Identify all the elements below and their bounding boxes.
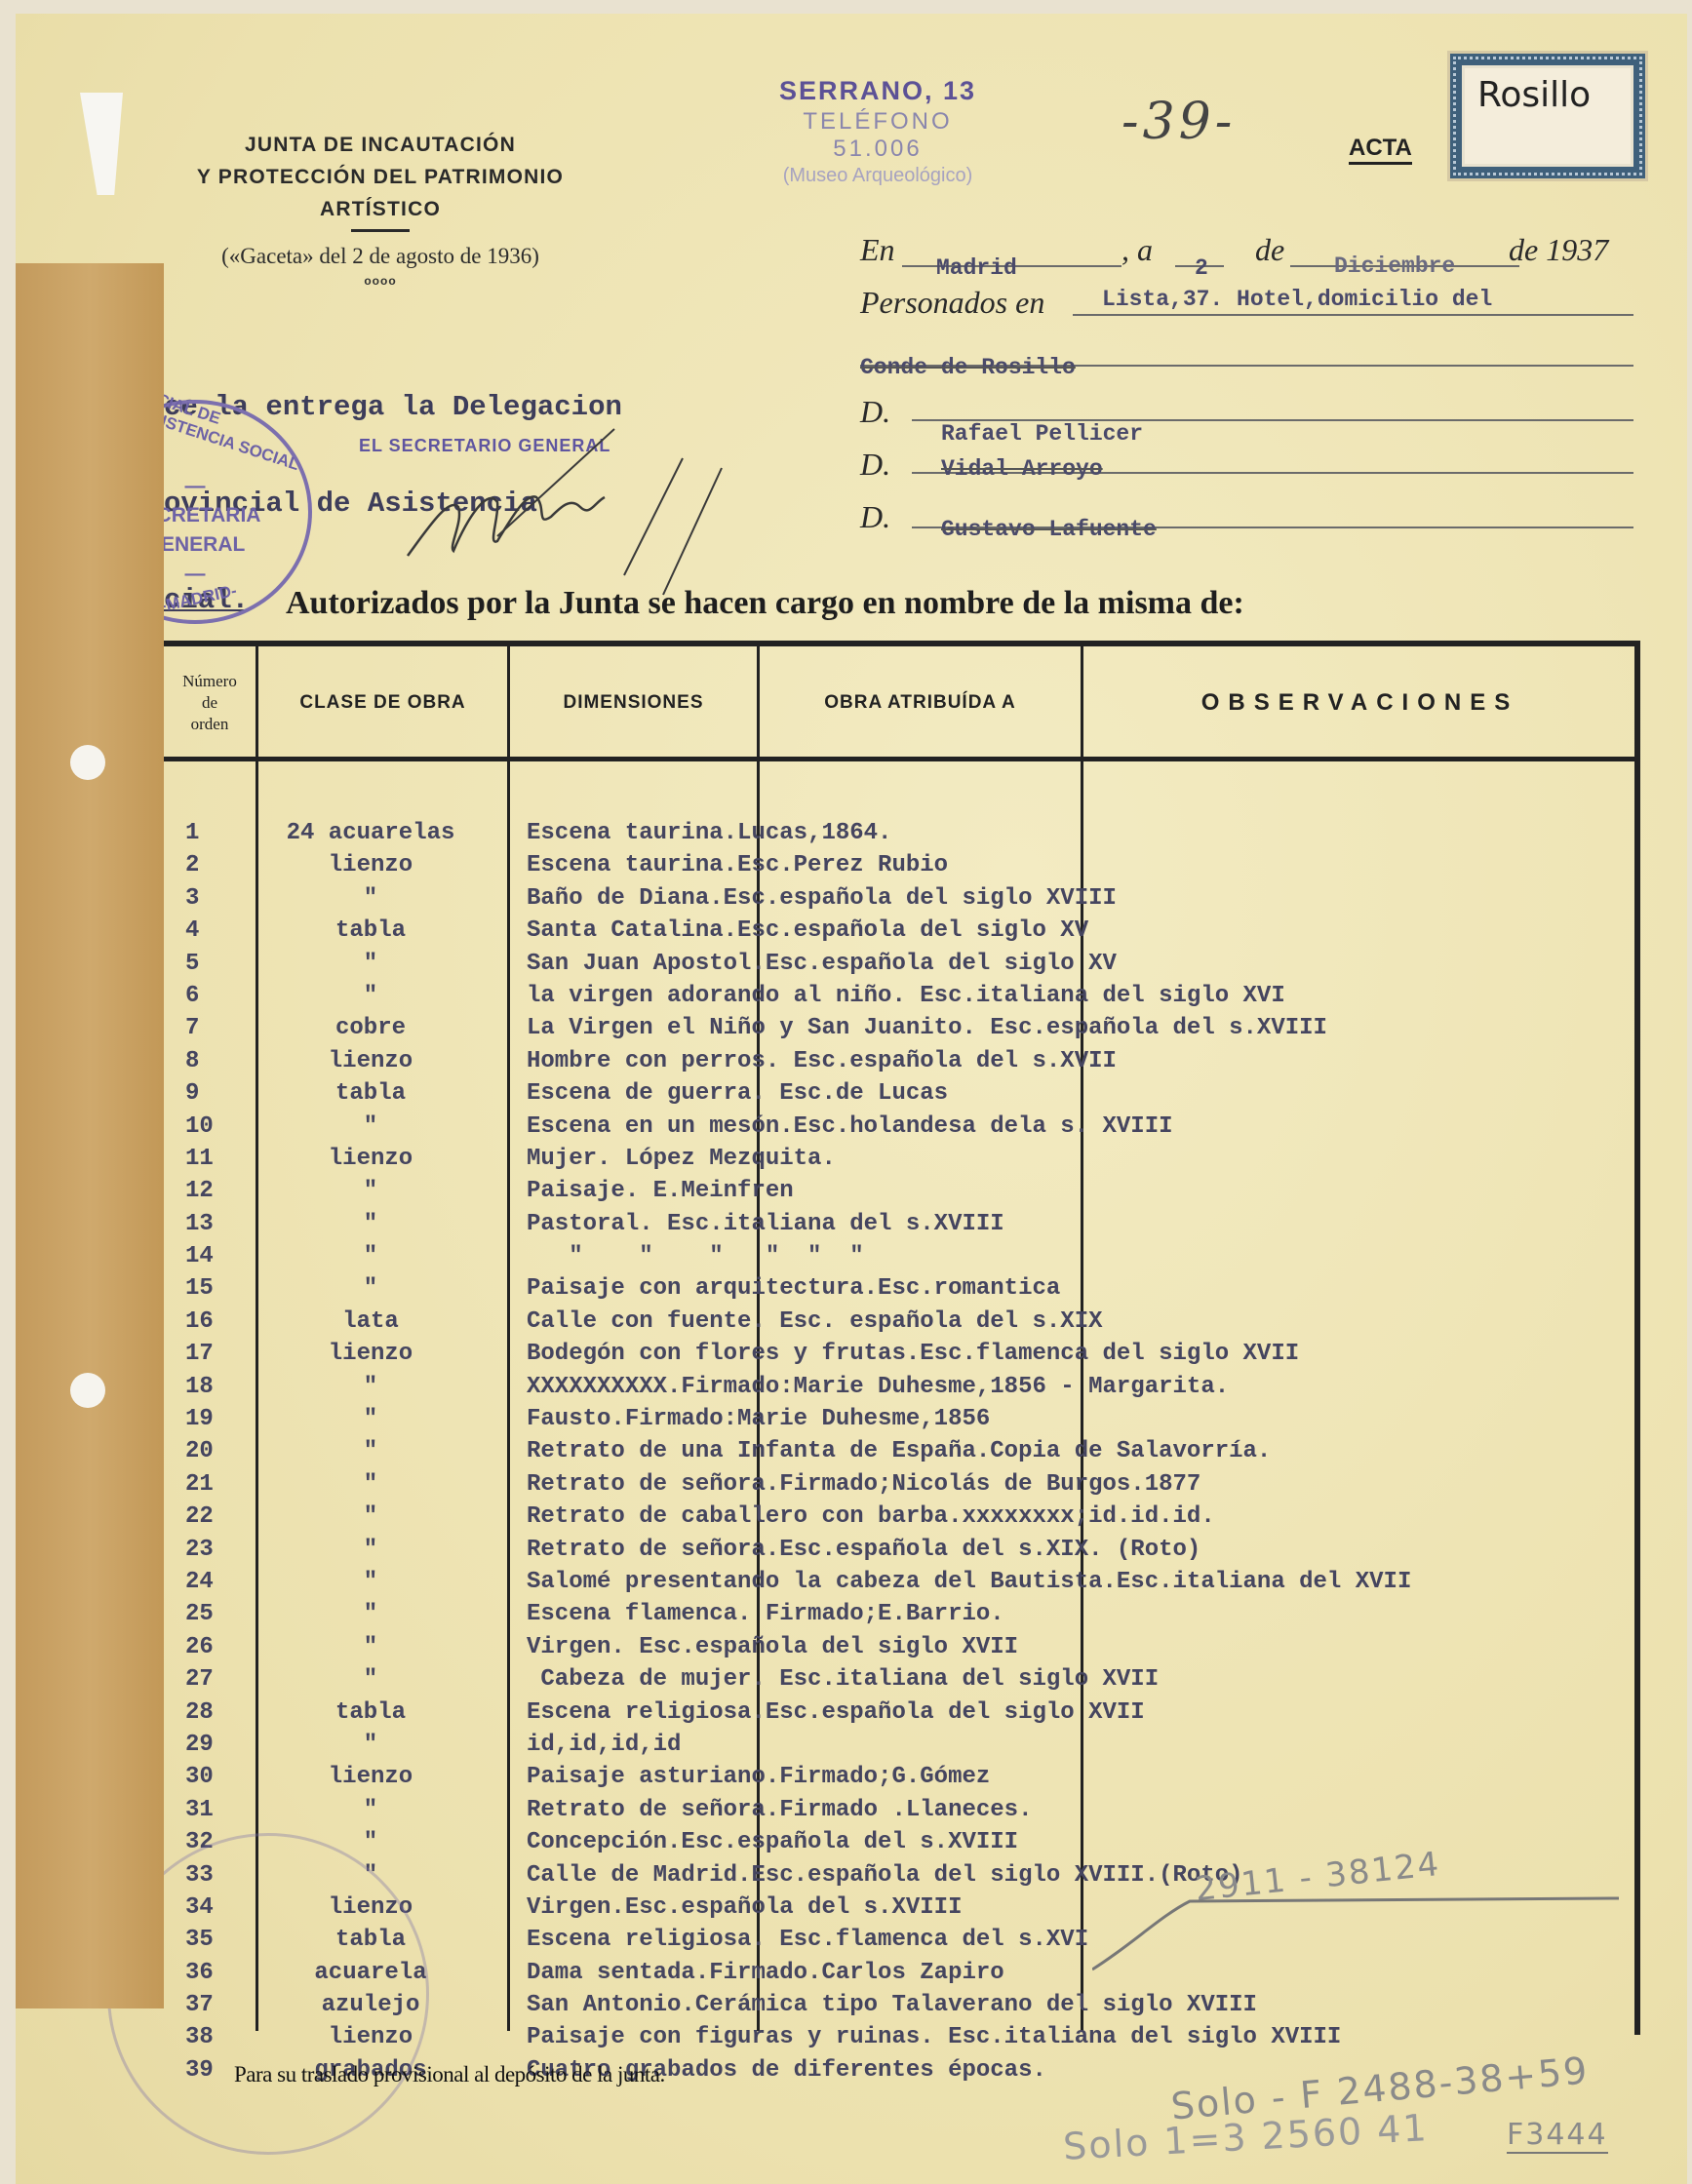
row-description: Santa Catalina.Esc.española del siglo XV bbox=[527, 917, 1088, 944]
row-description: Paisaje con figuras y ruinas. Esc.italia… bbox=[527, 2024, 1341, 2050]
row-class: " bbox=[254, 1601, 488, 1627]
row-description: Retrato de señora.Firmado .Llaneces. bbox=[527, 1797, 1032, 1823]
row-number: 26 bbox=[185, 1634, 234, 1660]
table-row: 31"Retrato de señora.Firmado .Llaneces. bbox=[164, 1797, 1636, 1829]
table-row: 12"Paisaje. E.Meinfren bbox=[164, 1178, 1636, 1210]
row-number: 2 bbox=[185, 852, 234, 878]
person-3: Gustavo Lafuente bbox=[941, 517, 1157, 542]
punch-hole bbox=[70, 1373, 105, 1408]
row-class: " bbox=[254, 1503, 488, 1530]
row-number: 10 bbox=[185, 1113, 234, 1140]
row-class: lienzo bbox=[254, 1341, 488, 1367]
column-header-observaciones: OBSERVACIONES bbox=[1083, 652, 1636, 754]
table-row: 30lienzoPaisaje asturiano.Firmado;G.Góme… bbox=[164, 1764, 1636, 1796]
row-description: Calle de Madrid.Esc.española del siglo X… bbox=[527, 1862, 1243, 1889]
row-description: Retrato de señora.Esc.española del s.XIX… bbox=[527, 1537, 1200, 1563]
row-number: 28 bbox=[185, 1699, 234, 1726]
table-row: 8lienzoHombre con perros. Esc.española d… bbox=[164, 1048, 1636, 1080]
year-label: de 1937 bbox=[1509, 232, 1692, 268]
inventory-table: Número de orden CLASE DE OBRA DIMENSIONE… bbox=[164, 641, 1636, 2031]
org-line-3: ARTÍSTICO bbox=[156, 193, 605, 225]
row-description: Baño de Diana.Esc.española del siglo XVI… bbox=[527, 885, 1117, 912]
row-description: Retrato de señora.Firmado;Nicolás de Bur… bbox=[527, 1471, 1200, 1498]
row-class: lienzo bbox=[254, 1048, 488, 1074]
folio-number: -39- bbox=[1121, 93, 1236, 151]
row-class: " bbox=[254, 1275, 488, 1302]
table-right-border bbox=[1634, 641, 1640, 2035]
table-row: 3"Baño de Diana.Esc.española del siglo X… bbox=[164, 885, 1636, 917]
row-class: tabla bbox=[254, 1699, 488, 1726]
table-row: 4tablaSanta Catalina.Esc.española del si… bbox=[164, 917, 1636, 950]
location-line-1: Lista,37. Hotel,domicilio del bbox=[1102, 287, 1492, 312]
row-class: " bbox=[254, 951, 488, 977]
row-number: 8 bbox=[185, 1048, 234, 1074]
row-description: Paisaje. E.Meinfren bbox=[527, 1178, 794, 1204]
row-number: 29 bbox=[185, 1732, 234, 1758]
footnote: Para su traslado provisional al depósito… bbox=[234, 2062, 665, 2087]
table-row: 20"Retrato de una Infanta de España.Copi… bbox=[164, 1438, 1636, 1470]
row-class: lienzo bbox=[254, 1764, 488, 1790]
row-class: " bbox=[254, 1438, 488, 1464]
table-row: 16lataCalle con fuente. Esc. española de… bbox=[164, 1308, 1636, 1341]
row-description: Paisaje asturiano.Firmado;G.Gómez bbox=[527, 1764, 990, 1790]
person-1: Rafael Pellicer bbox=[941, 421, 1143, 447]
table-row: 7cobreLa Virgen el Niño y San Juanito. E… bbox=[164, 1015, 1636, 1047]
row-class: tabla bbox=[254, 1080, 488, 1107]
table-row: 2lienzoEscena taurina.Esc.Perez Rubio bbox=[164, 852, 1636, 884]
pencil-mark bbox=[1092, 1887, 1619, 1974]
table-row: 25"Escena flamenca. Firmado;E.Barrio. bbox=[164, 1601, 1636, 1633]
ornament: oooo bbox=[156, 272, 605, 290]
row-class: " bbox=[254, 1243, 488, 1269]
table-row: 21"Retrato de señora.Firmado;Nicolás de … bbox=[164, 1471, 1636, 1503]
table-row: 14" " " " " " " bbox=[164, 1243, 1636, 1275]
row-number: 14 bbox=[185, 1243, 234, 1269]
row-number: 3 bbox=[185, 885, 234, 912]
table-row: 22"Retrato de caballero con barba.xxxxxx… bbox=[164, 1503, 1636, 1536]
row-class: " bbox=[254, 1569, 488, 1595]
row-number: 15 bbox=[185, 1275, 234, 1302]
month-field: Diciembre bbox=[1334, 253, 1455, 279]
row-class: " bbox=[254, 1113, 488, 1140]
row-number: 23 bbox=[185, 1537, 234, 1563]
binding-tape bbox=[16, 263, 164, 2008]
column-header-number: Número de orden bbox=[164, 652, 256, 754]
organization-header: JUNTA DE INCAUTACIÓN Y PROTECCIÓN DEL PA… bbox=[156, 129, 605, 290]
table-row: 11lienzoMujer. López Mezquita. bbox=[164, 1146, 1636, 1178]
location-line-2: Conde de Rosillo bbox=[860, 355, 1076, 380]
row-description: Escena taurina.Esc.Perez Rubio bbox=[527, 852, 948, 878]
row-number: 6 bbox=[185, 983, 234, 1009]
row-description: Salomé presentando la cabeza del Bautist… bbox=[527, 1569, 1411, 1595]
row-class: " bbox=[254, 983, 488, 1009]
divider bbox=[351, 229, 410, 232]
row-description: Escena taurina.Lucas,1864. bbox=[527, 820, 891, 846]
row-description: id,id,id,id bbox=[527, 1732, 681, 1758]
row-number: 30 bbox=[185, 1764, 234, 1790]
punch-hole bbox=[70, 745, 105, 780]
address-phone: TELÉFONO 51.006 bbox=[761, 108, 995, 163]
row-class: " bbox=[254, 1732, 488, 1758]
org-line-2: Y PROTECCIÓN DEL PATRIMONIO bbox=[156, 161, 605, 193]
row-class: lata bbox=[254, 1308, 488, 1335]
row-description: Paisaje con arquitectura.Esc.romantica bbox=[527, 1275, 1060, 1302]
row-number: 20 bbox=[185, 1438, 234, 1464]
row-class: " bbox=[254, 1406, 488, 1432]
table-row: 28tablaEscena religiosa.Esc.española del… bbox=[164, 1699, 1636, 1732]
row-number: 17 bbox=[185, 1341, 234, 1367]
row-description: " " " " " " bbox=[527, 1243, 864, 1269]
file-label-text: Rosillo bbox=[1477, 75, 1591, 115]
row-description: Cabeza de mujer. Esc.italiana del siglo … bbox=[527, 1666, 1159, 1693]
row-description: Escena flamenca. Firmado;E.Barrio. bbox=[527, 1601, 1004, 1627]
table-row: 18"XXXXXXXXXX.Firmado:Marie Duhesme,1856… bbox=[164, 1374, 1636, 1406]
row-description: Mujer. López Mezquita. bbox=[527, 1146, 836, 1172]
row-number: 5 bbox=[185, 951, 234, 977]
row-class: lienzo bbox=[254, 1146, 488, 1172]
row-number: 24 bbox=[185, 1569, 234, 1595]
address-museum: (Museo Arqueológico) bbox=[761, 165, 995, 187]
row-number: 16 bbox=[185, 1308, 234, 1335]
address-stamp: SERRANO, 13 TELÉFONO 51.006 (Museo Arque… bbox=[761, 76, 995, 187]
row-number: 13 bbox=[185, 1211, 234, 1237]
row-description: San Juan Apostol.Esc.española del siglo … bbox=[527, 951, 1117, 977]
org-line-1: JUNTA DE INCAUTACIÓN bbox=[156, 129, 605, 161]
gaceta-reference: («Gaceta» del 2 de agosto de 1936) bbox=[156, 240, 605, 272]
row-description: Hombre con perros. Esc.española del s.XV… bbox=[527, 1048, 1117, 1074]
person-2: Vidal Arroyo bbox=[941, 456, 1103, 482]
row-class: 24 acuarelas bbox=[254, 820, 488, 846]
row-description: Virgen.Esc.española del s.XVIII bbox=[527, 1894, 962, 1921]
row-class: " bbox=[254, 1634, 488, 1660]
row-class: " bbox=[254, 1471, 488, 1498]
row-description: Escena religiosa.Esc.española del siglo … bbox=[527, 1699, 1145, 1726]
row-class: " bbox=[254, 1178, 488, 1204]
table-row: 9tablaEscena de guerra. Esc.de Lucas bbox=[164, 1080, 1636, 1112]
row-description: Calle con fuente. Esc. española del s.XI… bbox=[527, 1308, 1103, 1335]
row-number: 7 bbox=[185, 1015, 234, 1041]
row-description: Pastoral. Esc.italiana del s.XVIII bbox=[527, 1211, 1004, 1237]
row-number: 12 bbox=[185, 1178, 234, 1204]
row-number: 18 bbox=[185, 1374, 234, 1400]
table-row: 10"Escena en un mesón.Esc.holandesa dela… bbox=[164, 1113, 1636, 1146]
row-description: La Virgen el Niño y San Juanito. Esc.esp… bbox=[527, 1015, 1327, 1041]
row-number: 31 bbox=[185, 1797, 234, 1823]
row-description: Virgen. Esc.española del siglo XVII bbox=[527, 1634, 1018, 1660]
section-heading: Autorizados por la Junta se hacen cargo … bbox=[286, 585, 1244, 622]
table-row: 24"Salomé presentando la cabeza del Baut… bbox=[164, 1569, 1636, 1601]
row-class: " bbox=[254, 1797, 488, 1823]
row-number: 21 bbox=[185, 1471, 234, 1498]
row-number: 19 bbox=[185, 1406, 234, 1432]
pencil-ref: F3444 bbox=[1507, 2118, 1608, 2154]
acta-label: ACTA bbox=[1349, 135, 1412, 165]
row-class: lienzo bbox=[254, 852, 488, 878]
row-description: XXXXXXXXXX.Firmado:Marie Duhesme,1856 - … bbox=[527, 1374, 1229, 1400]
row-number: 4 bbox=[185, 917, 234, 944]
row-description: Concepción.Esc.española del s.XVIII bbox=[527, 1829, 1018, 1855]
row-number: 1 bbox=[185, 820, 234, 846]
signature bbox=[390, 409, 780, 604]
column-header-clase: CLASE DE OBRA bbox=[258, 652, 507, 754]
table-row: 13"Pastoral. Esc.italiana del s.XVIII bbox=[164, 1211, 1636, 1243]
row-description: San Antonio.Cerámica tipo Talaverano del… bbox=[527, 1992, 1257, 2018]
row-number: 25 bbox=[185, 1601, 234, 1627]
row-description: Retrato de caballero con barba.xxxxxxxx;… bbox=[527, 1503, 1215, 1530]
row-class: " bbox=[254, 1374, 488, 1400]
row-description: Escena de guerra. Esc.de Lucas bbox=[527, 1080, 948, 1107]
day-field: 2 bbox=[1195, 255, 1208, 281]
table-row: 27" Cabeza de mujer. Esc.italiana del si… bbox=[164, 1666, 1636, 1698]
table-row: 29"id,id,id,id bbox=[164, 1732, 1636, 1764]
table-row: 17lienzoBodegón con flores y frutas.Esc.… bbox=[164, 1341, 1636, 1373]
column-header-dimensiones: DIMENSIONES bbox=[510, 652, 757, 754]
row-description: la virgen adorando al niño. Esc.italiana… bbox=[527, 983, 1285, 1009]
row-description: Dama sentada.Firmado.Carlos Zapiro bbox=[527, 1960, 1004, 1986]
row-description: Escena religiosa. Esc.flamenca del s.XVI bbox=[527, 1927, 1088, 1953]
file-label: Rosillo bbox=[1450, 54, 1645, 178]
row-description: Retrato de una Infanta de España.Copia d… bbox=[527, 1438, 1271, 1464]
address-street: SERRANO, 13 bbox=[761, 76, 995, 106]
row-number: 27 bbox=[185, 1666, 234, 1693]
table-row: 15"Paisaje con arquitectura.Esc.romantic… bbox=[164, 1275, 1636, 1307]
table-row: 26"Virgen. Esc.española del siglo XVII bbox=[164, 1634, 1636, 1666]
row-number: 9 bbox=[185, 1080, 234, 1107]
row-number: 11 bbox=[185, 1146, 234, 1172]
city-field: Madrid bbox=[936, 255, 1017, 281]
row-class: cobre bbox=[254, 1015, 488, 1041]
row-description: Bodegón con flores y frutas.Esc.flamenca… bbox=[527, 1341, 1299, 1367]
row-description: Escena en un mesón.Esc.holandesa dela s.… bbox=[527, 1113, 1173, 1140]
table-row: 19"Fausto.Firmado:Marie Duhesme,1856 bbox=[164, 1406, 1636, 1438]
en-label: En bbox=[860, 232, 895, 267]
table-row: 6"la virgen adorando al niño. Esc.italia… bbox=[164, 983, 1636, 1015]
table-row: 124 acuarelasEscena taurina.Lucas,1864. bbox=[164, 820, 1636, 852]
row-class: tabla bbox=[254, 917, 488, 944]
table-row: 23"Retrato de señora.Esc.española del s.… bbox=[164, 1537, 1636, 1569]
row-class: " bbox=[254, 1666, 488, 1693]
row-description: Fausto.Firmado:Marie Duhesme,1856 bbox=[527, 1406, 990, 1432]
column-header-atribuida: OBRA ATRIBUÍDA A bbox=[760, 652, 1081, 754]
row-class: " bbox=[254, 1211, 488, 1237]
row-number: 22 bbox=[185, 1503, 234, 1530]
table-row: 5"San Juan Apostol.Esc.española del sigl… bbox=[164, 951, 1636, 983]
row-class: " bbox=[254, 1537, 488, 1563]
row-class: " bbox=[254, 885, 488, 912]
